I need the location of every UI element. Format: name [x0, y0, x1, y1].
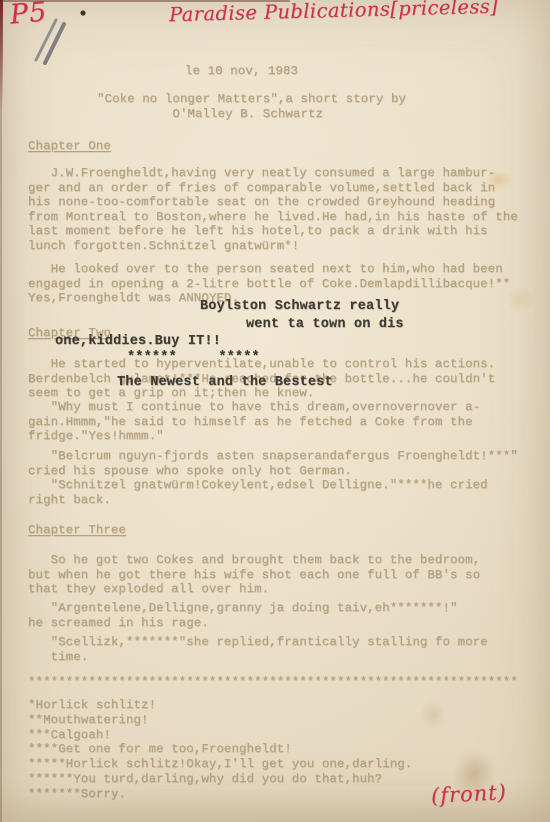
chapter-two-paragraph: "Why must I continue to have this dream,…: [28, 400, 480, 444]
chapter-two-paragraph: "Belcrum nguyn-fjords asten snapserandaf…: [28, 449, 518, 478]
front-label-annotation: (front): [430, 780, 507, 808]
publisher-annotation: Paradise Publications[priceless]: [169, 0, 499, 26]
overprint-blurb-line: went ta town on dis: [246, 317, 404, 333]
story-title-byline: "Coke no longer Matters",a short story b…: [97, 92, 406, 121]
paper-stain: [420, 700, 446, 730]
date-line: le 10 nov, 1983: [185, 64, 298, 79]
scanned-page: P5 Paradise Publications[priceless] (fro…: [0, 0, 550, 822]
footnotes-block: *Horlick schlitz! **Mouthwatering! ***Ca…: [28, 698, 412, 802]
chapter-three-paragraph: So he got two Cokes and brought them bac…: [28, 553, 480, 597]
overprint-blurb-line: Boylston Schwartz really: [200, 299, 399, 315]
chapter-two-paragraph: "Schnitzel gnatwürm!Cokeylent,edsel Dell…: [28, 478, 488, 507]
chapter-three-paragraph: "Argentelene,Delligne,granny ja doing ta…: [28, 601, 458, 630]
chapter-one-paragraph: J.W.Froengheldt,having very neatly consu…: [28, 166, 518, 253]
chapter-three-paragraph: "Scellizk,*******"she replied,franticall…: [28, 635, 488, 664]
paper-stain: [506, 286, 536, 312]
page-code-annotation: P5: [9, 0, 49, 31]
staple-dot: [80, 10, 85, 15]
chapter-three-heading: Chapter Three: [28, 523, 126, 538]
overprint-stars: ****** *****: [127, 350, 260, 366]
overprint-blurb-line: one,kiddies.Buy IT!!: [55, 334, 221, 350]
footnote-separator: ****************************************…: [28, 675, 518, 690]
scan-edge-shadow: [0, 0, 2, 822]
overprint-tagline: The Newest and the Bestest: [117, 375, 333, 391]
chapter-one-heading: Chapter One: [28, 139, 111, 154]
